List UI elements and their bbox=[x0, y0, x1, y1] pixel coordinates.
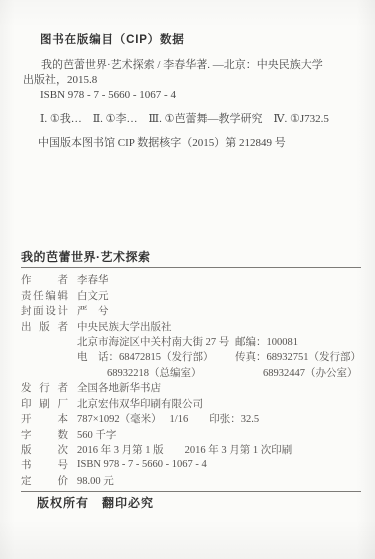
postcode: 邮编：100081 bbox=[235, 334, 298, 349]
field-label: 开本 bbox=[21, 411, 68, 426]
field-row-price: 定价 98.00 元 bbox=[21, 473, 361, 488]
field-value: 98.00 元 bbox=[77, 473, 114, 488]
field-row-editor: 责任编辑 白文元 bbox=[21, 287, 361, 302]
field-row-format: 开本 787×1092（毫米） 1/16 印张：32.5 bbox=[21, 411, 361, 426]
publication-fields: 作者 李春华 责任编辑 白文元 封面设计 严 兮 出版者 中央民族大学出版社 北… bbox=[21, 272, 361, 488]
field-value: 2016 年 3 月第 1 版 2016 年 3 月第 1 次印刷 bbox=[77, 442, 292, 457]
field-label: 封面设计 bbox=[21, 303, 68, 318]
cip-section: 图书在版编目（CIP）数据 我的芭蕾世界·艺术探索 / 李春华著. —北京：中央… bbox=[23, 33, 357, 151]
phone-fax-row-2: 68932218（总编室） 68932447（办公室） bbox=[21, 365, 361, 380]
field-value: 全国各地新华书店 bbox=[77, 380, 161, 395]
field-value: 严 兮 bbox=[77, 303, 109, 318]
notice-divider-rule bbox=[21, 491, 361, 492]
book-title: 我的芭蕾世界·艺术探索 bbox=[21, 250, 361, 264]
cip-classification-line: Ⅰ. ①我… Ⅱ. ①李… Ⅲ. ①芭蕾舞—教学研究 Ⅳ. ①J732.5 bbox=[23, 112, 357, 127]
copyright-notice: 版权所有 翻印必究 bbox=[21, 496, 361, 510]
field-row-edition: 版次 2016 年 3 月第 1 版 2016 年 3 月第 1 次印刷 bbox=[21, 442, 361, 457]
editorial-office-phone: 68932218（总编室） bbox=[77, 365, 235, 380]
field-value: 787×1092（毫米） 1/16 印张：32.5 bbox=[77, 411, 259, 426]
field-label: 书号 bbox=[21, 457, 68, 472]
field-row-publisher: 出版者 中央民族大学出版社 bbox=[21, 318, 361, 333]
field-label: 版次 bbox=[21, 442, 68, 457]
field-label: 字数 bbox=[21, 427, 68, 442]
title-divider-rule bbox=[21, 267, 361, 268]
field-row-isbn: 书号 ISBN 978 - 7 - 5660 - 1067 - 4 bbox=[21, 457, 361, 472]
office-phone: 68932447（办公室） bbox=[263, 365, 358, 380]
address-row: 北京市海淀区中关村南大街 27 号 邮编：100081 bbox=[21, 334, 361, 349]
fax-number: 传真：68932751（发行部） bbox=[235, 349, 361, 364]
field-row-author: 作者 李春华 bbox=[21, 272, 361, 287]
field-label: 发行者 bbox=[21, 380, 68, 395]
field-value: 560 千字 bbox=[77, 427, 116, 442]
phone-number: 电 话：68472815（发行部） bbox=[77, 349, 235, 364]
cip-publisher-line: 出版社，2015.8 bbox=[23, 73, 357, 88]
field-row-word-count: 字数 560 千字 bbox=[21, 426, 361, 441]
field-value: 李春华 bbox=[77, 272, 109, 287]
cip-record-number-line: 中国版本图书馆 CIP 数据核字（2015）第 212849 号 bbox=[23, 136, 357, 151]
book-copyright-page: 图书在版编目（CIP）数据 我的芭蕾世界·艺术探索 / 李春华著. —北京：中央… bbox=[0, 0, 375, 559]
field-row-cover-designer: 封面设计 严 兮 bbox=[21, 303, 361, 318]
field-label: 定价 bbox=[21, 473, 68, 488]
field-row-distributor: 发行者 全国各地新华书店 bbox=[21, 380, 361, 395]
field-label: 出版者 bbox=[21, 319, 68, 334]
field-value: ISBN 978 - 7 - 5660 - 1067 - 4 bbox=[77, 459, 207, 470]
field-label: 责任编辑 bbox=[21, 288, 68, 303]
cip-title-author-line: 我的芭蕾世界·艺术探索 / 李春华著. —北京：中央民族大学 bbox=[23, 58, 357, 73]
phone-fax-row: 电 话：68472815（发行部） 传真：68932751（发行部） bbox=[21, 349, 361, 364]
field-value: 中央民族大学出版社 bbox=[77, 319, 172, 334]
field-value: 白文元 bbox=[77, 288, 109, 303]
field-value: 北京宏伟双华印刷有限公司 bbox=[77, 396, 203, 411]
field-label: 作者 bbox=[21, 272, 68, 287]
cip-isbn-line: ISBN 978 - 7 - 5660 - 1067 - 4 bbox=[23, 88, 357, 103]
publisher-address: 北京市海淀区中关村南大街 27 号 bbox=[77, 334, 235, 349]
field-row-printer: 印刷厂 北京宏伟双华印刷有限公司 bbox=[21, 396, 361, 411]
colophon-section: 我的芭蕾世界·艺术探索 作者 李春华 责任编辑 白文元 封面设计 严 兮 出版者… bbox=[21, 250, 361, 522]
field-label: 印刷厂 bbox=[21, 396, 68, 411]
cip-heading: 图书在版编目（CIP）数据 bbox=[23, 33, 357, 48]
